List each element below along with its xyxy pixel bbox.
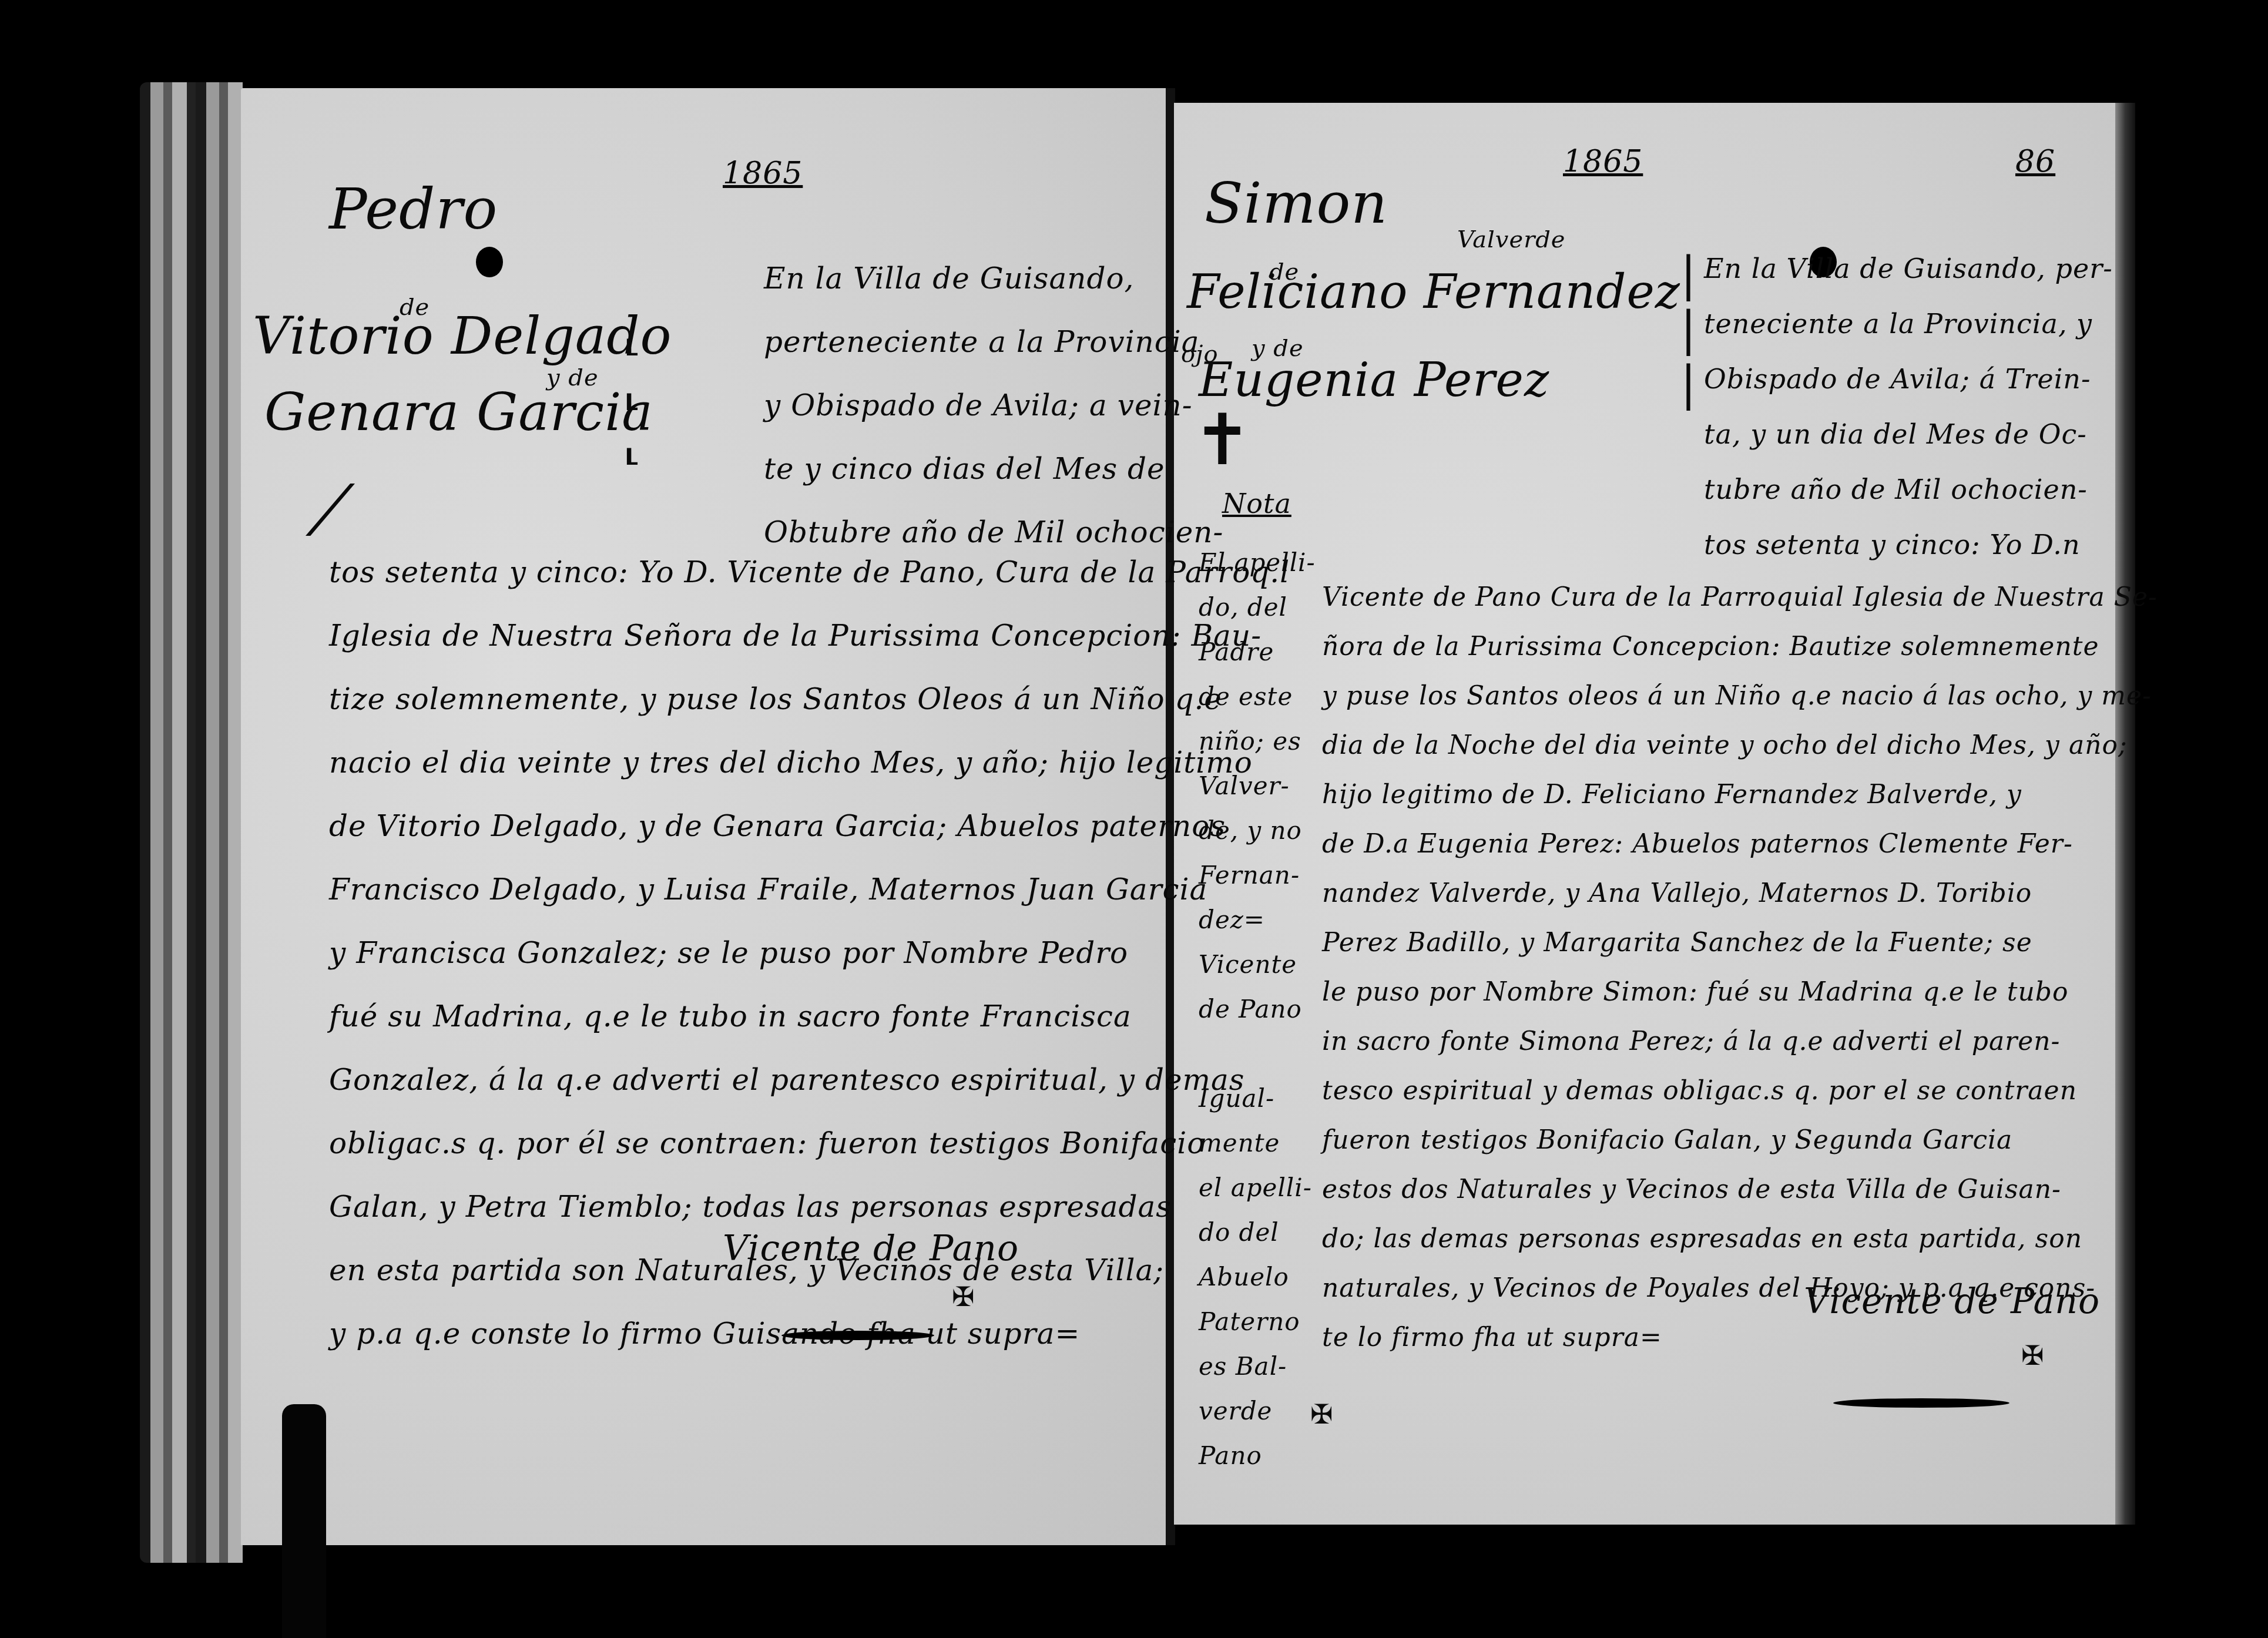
margin-note-line: Abuelo — [1199, 1255, 1316, 1300]
right-brace: ||| — [1680, 247, 1697, 411]
left-year: 1865 — [723, 156, 803, 191]
left-rubric-icon: ✠ — [952, 1281, 975, 1313]
right-body-line: dia de la Noche del dia veinte y ocho de… — [1322, 721, 2158, 770]
margin-note-line: Valver- — [1199, 764, 1316, 808]
margin-note-line: es Bal- — [1199, 1344, 1316, 1389]
margin-note-line: de, y no — [1199, 808, 1316, 853]
left-header-line: En la Villa de Guisando, — [764, 247, 1223, 310]
left-body-line: obligac.s q. por él se contraen: fueron … — [329, 1112, 1290, 1175]
margin-ojo: ojo — [1181, 341, 1219, 368]
folio-number: 86 — [2015, 144, 2055, 179]
right-father-annotation: Valverde — [1457, 226, 1566, 253]
left-child-name: Pedro — [329, 176, 498, 242]
left-signature: Vicente de Pano — [723, 1228, 1019, 1269]
right-header-line: tos setenta y cinco: Yo D.n — [1704, 517, 2113, 572]
margin-note-line: Pano — [1199, 1434, 1316, 1478]
book-clip — [282, 1404, 326, 1638]
margin-note-line: de este — [1199, 674, 1316, 719]
right-child-name: Simon — [1205, 170, 1388, 236]
margin-note-line: mente — [1199, 1121, 1316, 1166]
margin-note-line: dez= — [1199, 898, 1316, 942]
right-header-line: teneciente a la Provincia, y — [1704, 296, 2113, 351]
margin-note-line: el apelli- — [1199, 1166, 1316, 1210]
left-header-block: En la Villa de Guisando, perteneciente a… — [764, 247, 1223, 564]
margin-note-line: Paterno — [1199, 1300, 1316, 1344]
left-signature-flourish — [781, 1331, 934, 1340]
right-header-line: En la Villa de Guisando, per- — [1704, 241, 2113, 296]
left-header-line: y Obispado de Avila; a vein- — [764, 374, 1223, 437]
margin-note-block: El apelli- do, del Padre de este niño; e… — [1199, 541, 1316, 1478]
right-body-line: estos dos Naturales y Vecinos de esta Vi… — [1322, 1165, 2158, 1214]
right-cross-mark: ✝ — [1193, 400, 1252, 481]
margin-note-line — [1199, 1032, 1316, 1076]
ink-blot — [476, 247, 503, 277]
left-body-line: nacio el dia veinte y tres del dicho Mes… — [329, 731, 1290, 794]
left-body-line: Iglesia de Nuestra Señora de la Purissim… — [329, 604, 1290, 667]
left-body-line: tos setenta y cinco: Yo D. Vicente de Pa… — [329, 541, 1290, 604]
margin-note-line: niño; es — [1199, 719, 1316, 764]
right-body-line: Perez Badillo, y Margarita Sanchez de la… — [1322, 918, 2158, 968]
right-body-block: Vicente de Pano Cura de la Parroquial Ig… — [1322, 573, 2158, 1362]
left-brace: ⸤⸤⸤ — [623, 306, 642, 469]
right-header-line: tubre año de Mil ochocien- — [1704, 462, 2113, 517]
right-rubric-icon: ✠ — [2021, 1340, 2044, 1371]
right-signature-flourish — [1833, 1398, 2009, 1408]
right-body-line: tesco espiritual y demas obligac.s q. po… — [1322, 1066, 2158, 1116]
left-father-name: Vitorio Delgado — [253, 306, 672, 366]
margin-note-line: El apelli- — [1199, 541, 1316, 585]
left-header-line: te y cinco dias del Mes de — [764, 437, 1223, 501]
right-signature: Vicente de Pano — [1804, 1281, 2100, 1322]
left-mother-name: Genara Garcia — [264, 382, 653, 442]
margin-note-line: Fernan- — [1199, 853, 1316, 898]
right-body-line: fueron testigos Bonifacio Galan, y Segun… — [1322, 1116, 2158, 1165]
right-body-line: hijo legitimo de D. Feliciano Fernandez … — [1322, 770, 2158, 820]
right-body-line: do; las demas personas espresadas en est… — [1322, 1214, 2158, 1264]
margin-note-line: de Pano — [1199, 987, 1316, 1032]
margin-note-line: Igual- — [1199, 1076, 1316, 1121]
margin-note-title: Nota — [1222, 488, 1291, 519]
left-body-line: fué su Madrina, q.e le tubo in sacro fon… — [329, 985, 1290, 1048]
right-body-line: le puso por Nombre Simon: fué su Madrina… — [1322, 968, 2158, 1017]
left-body-line: de Vitorio Delgado, y de Genara Garcia; … — [329, 794, 1290, 858]
margin-note-line: verde — [1199, 1389, 1316, 1434]
margin-note-line: do del — [1199, 1210, 1316, 1255]
left-body-line: Gonzalez, á la q.e adverti el parentesco… — [329, 1048, 1290, 1112]
left-header-line: perteneciente a la Provincia — [764, 310, 1223, 374]
right-body-line: ñora de la Purissima Concepcion: Bautize… — [1322, 622, 2158, 672]
right-body-line: nandez Valverde, y Ana Vallejo, Maternos… — [1322, 869, 2158, 918]
left-body-line: y Francisca Gonzalez; se le puso por Nom… — [329, 921, 1290, 985]
margin-note-line: do, del — [1199, 585, 1316, 630]
right-body-line: y puse los Santos oleos á un Niño q.e na… — [1322, 672, 2158, 721]
left-body-line: Francisco Delgado, y Luisa Fraile, Mater… — [329, 858, 1290, 921]
margin-rubric-icon: ✠ — [1310, 1398, 1333, 1430]
right-body-line: de D.a Eugenia Perez: Abuelos paternos C… — [1322, 820, 2158, 869]
margin-note-line: Padre — [1199, 630, 1316, 674]
right-father-name: Feliciano Fernandez — [1187, 264, 1680, 319]
right-year: 1865 — [1563, 144, 1643, 179]
left-cross-mark: ⟋ — [306, 470, 355, 552]
right-header-block: En la Villa de Guisando, per- teneciente… — [1704, 241, 2113, 572]
left-body-line: tize solemnemente, y puse los Santos Ole… — [329, 667, 1290, 731]
margin-note-line: Vicente — [1199, 942, 1316, 987]
book-page-edges — [140, 82, 243, 1563]
right-body-line: in sacro fonte Simona Perez; á la q.e ad… — [1322, 1017, 2158, 1066]
right-header-line: Obispado de Avila; á Trein- — [1704, 351, 2113, 407]
right-header-line: ta, y un dia del Mes de Oc- — [1704, 407, 2113, 462]
right-body-line: Vicente de Pano Cura de la Parroquial Ig… — [1322, 573, 2158, 622]
